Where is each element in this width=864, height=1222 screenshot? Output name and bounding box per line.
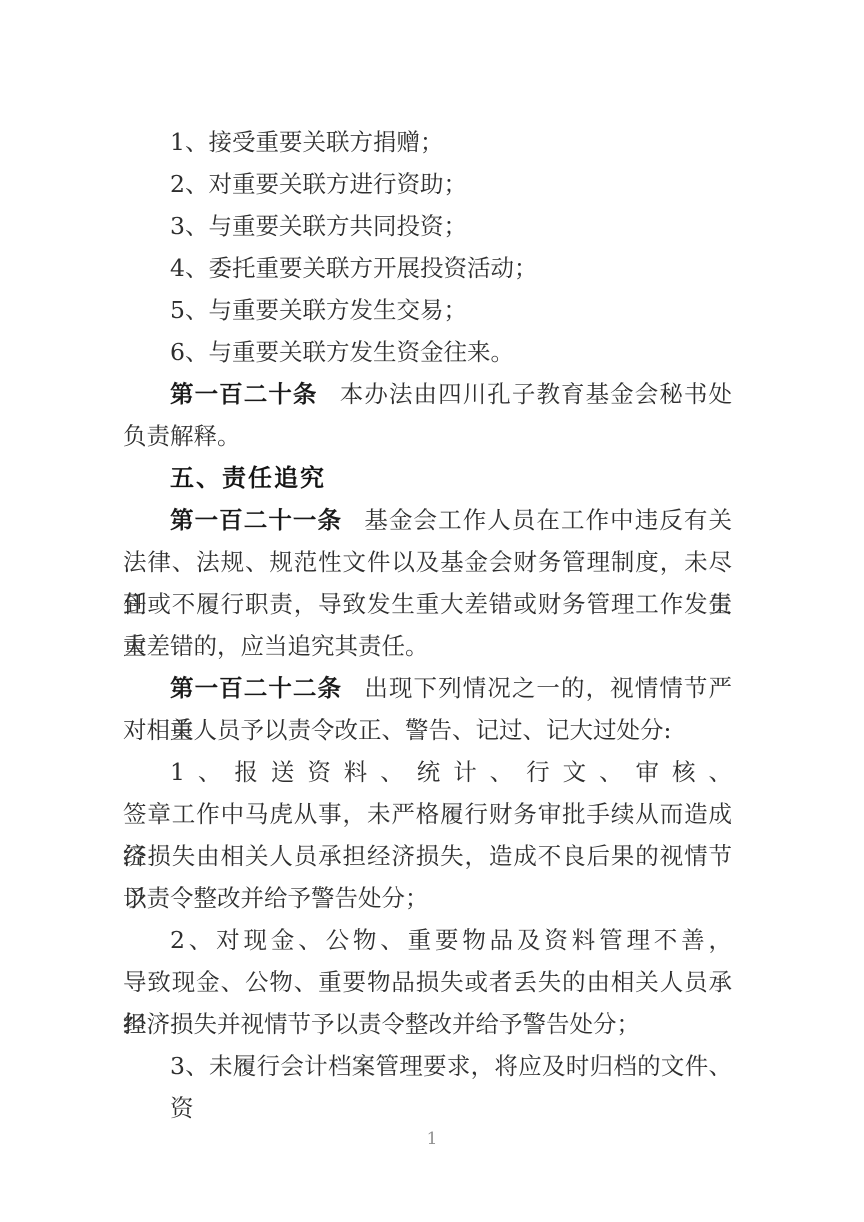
punish-item-1-line-2: 签章工作中马虎从事，未严格履行财务审批手续从而造成经: [123, 793, 732, 835]
punish-item-3-line-1: 3、未履行会计档案管理要求，将应及时归档的文件、资: [123, 1045, 732, 1087]
article-121-line-2: 法律、法规、规范性文件以及基金会财务管理制度，未尽到责: [123, 541, 732, 583]
list-item-6: 6、与重要关联方发生资金往来。: [123, 331, 732, 373]
article-122-line-1: 第一百二十二条出现下列情况之一的，视情情节严重: [123, 667, 732, 709]
page-number: 1: [0, 1122, 864, 1156]
article-121-line-4: 大差错的，应当追究其责任。: [123, 625, 732, 667]
punish-item-2-line-2: 导致现金、公物、重要物品损失或者丢失的由相关人员承担: [123, 961, 732, 1003]
list-item-4: 4、委托重要关联方开展投资活动；: [123, 247, 732, 289]
punish-item-1-line-1: 1、报送资料、统计、行文、审核、: [123, 751, 732, 793]
article-121-text: 基金会工作人员在工作中违反有关: [364, 506, 732, 534]
list-item-2: 2、对重要关联方进行资助；: [123, 163, 732, 205]
punish-item-2-line-1: 2、对现金、公物、重要物品及资料管理不善，: [123, 919, 732, 961]
section-heading: 五、责任追究: [123, 457, 732, 499]
article-121-line-3: 任或不履行职责，导致发生重大差错或财务管理工作发生重: [123, 583, 732, 625]
article-121-number: 第一百二十一条: [170, 506, 342, 534]
article-120-text: 本办法由四川孔子教育基金会秘书处: [340, 380, 732, 408]
punish-item-1-line-3: 济损失由相关人员承担经济损失，造成不良后果的视情节予: [123, 835, 732, 877]
document-body: 1、接受重要关联方捐赠； 2、对重要关联方进行资助； 3、与重要关联方共同投资；…: [123, 121, 732, 1087]
article-122-number: 第一百二十二条: [170, 674, 342, 702]
article-120-line-2: 负责解释。: [123, 415, 732, 457]
punish-item-1-line-4: 以责令整改并给予警告处分；: [123, 877, 732, 919]
document-page: 1、接受重要关联方捐赠； 2、对重要关联方进行资助； 3、与重要关联方共同投资；…: [0, 0, 864, 1222]
article-122-line-2: 对相关人员予以责令改正、警告、记过、记大过处分:: [123, 709, 732, 751]
article-120-number: 第一百二十条: [170, 380, 317, 408]
article-121-line-1: 第一百二十一条基金会工作人员在工作中违反有关: [123, 499, 732, 541]
punish-item-2-line-3: 经济损失并视情节予以责令整改并给予警告处分；: [123, 1003, 732, 1045]
list-item-5: 5、与重要关联方发生交易；: [123, 289, 732, 331]
article-120-line-1: 第一百二十条本办法由四川孔子教育基金会秘书处: [123, 373, 732, 415]
list-item-3: 3、与重要关联方共同投资；: [123, 205, 732, 247]
list-item-1: 1、接受重要关联方捐赠；: [123, 121, 732, 163]
